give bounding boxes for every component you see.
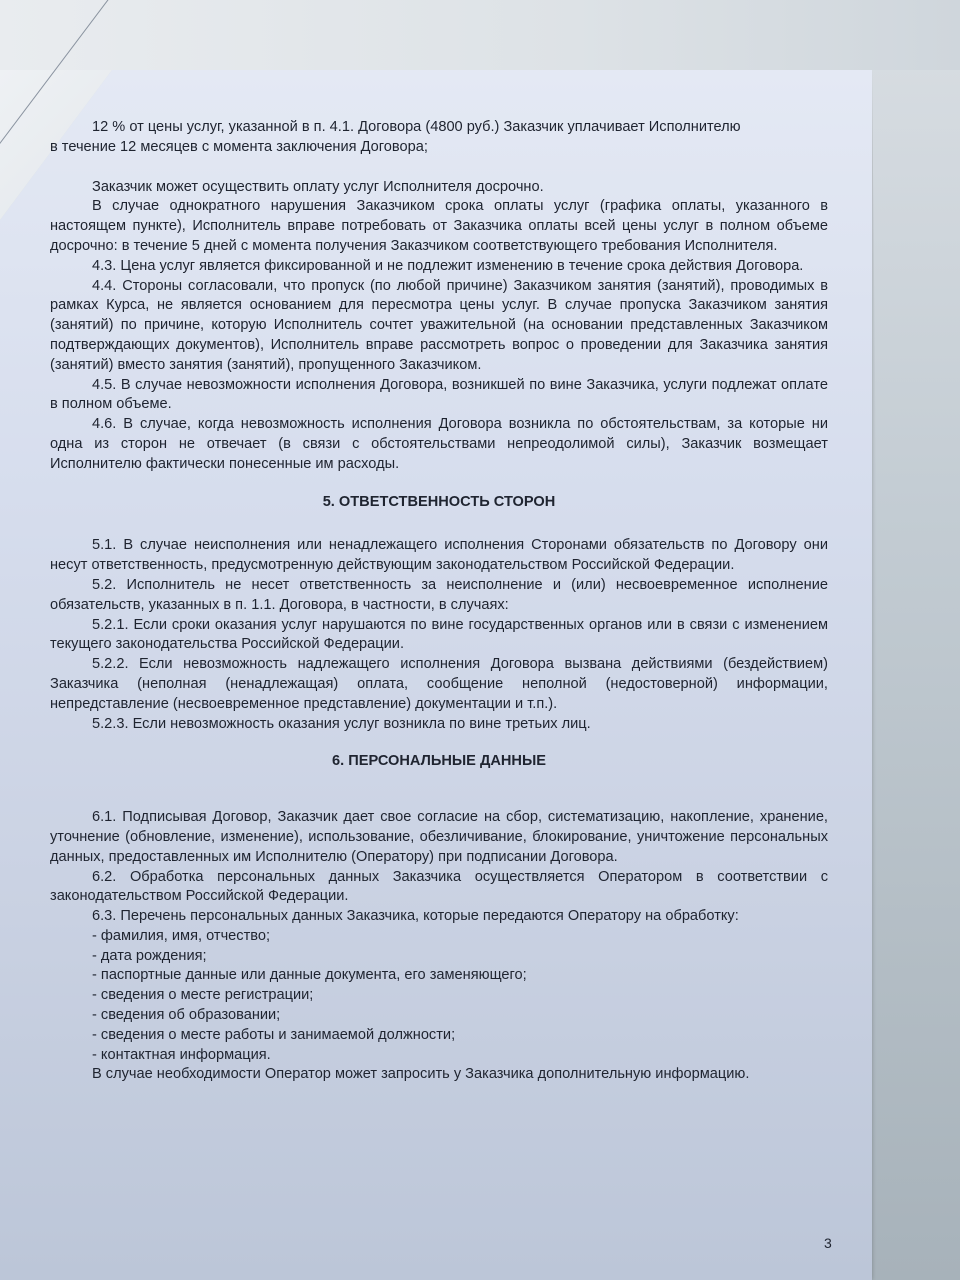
section-6-heading: 6. ПЕРСОНАЛЬНЫЕ ДАННЫЕ [50, 752, 828, 772]
list-item: - сведения о месте работы и занимаемой д… [50, 1026, 828, 1046]
list-item: - контактная информация. [50, 1046, 828, 1066]
list-item: - дата рождения; [50, 947, 828, 967]
clause-6-1: 6.1. Подписывая Договор, Заказчик дает с… [50, 808, 828, 867]
clause-4-3: 4.3. Цена услуг является фиксированной и… [50, 257, 828, 277]
clause-5-2-3: 5.2.3. Если невозможность оказания услуг… [50, 715, 828, 735]
list-item: - сведения об образовании; [50, 1006, 828, 1026]
list-item: - паспортные данные или данные документа… [50, 966, 828, 986]
clause-5-2-1: 5.2.1. Если сроки оказания услуг нарушаю… [50, 616, 828, 656]
early-payment-paragraph: Заказчик может осуществить оплату услуг … [50, 178, 828, 198]
section-5-heading: 5. ОТВЕТСТВЕННОСТЬ СТОРОН [50, 493, 828, 513]
page-number: 3 [824, 1235, 832, 1251]
background-sheet [0, 0, 960, 70]
clause-4-5: 4.5. В случае невозможности исполнения Д… [50, 376, 828, 416]
document-text: 12 % от цены услуг, указанной в п. 4.1. … [50, 118, 828, 1085]
intro-line-2: в течение 12 месяцев с момента заключени… [50, 138, 828, 158]
clause-5-2: 5.2. Исполнитель не несет ответственност… [50, 576, 828, 616]
clause-6-3: 6.3. Перечень персональных данных Заказч… [50, 907, 828, 927]
closing-paragraph: В случае необходимости Оператор может за… [50, 1065, 828, 1085]
clause-6-2: 6.2. Обработка персональных данных Заказ… [50, 868, 828, 908]
list-item: - сведения о месте регистрации; [50, 986, 828, 1006]
violation-paragraph: В случае однократного нарушения Заказчик… [50, 197, 828, 256]
list-item: - фамилия, имя, отчество; [50, 927, 828, 947]
clause-5-2-2: 5.2.2. Если невозможность надлежащего ис… [50, 655, 828, 714]
clause-5-1: 5.1. В случае неисполнения или ненадлежа… [50, 536, 828, 576]
clause-4-6: 4.6. В случае, когда невозможность испол… [50, 415, 828, 474]
intro-line-1: 12 % от цены услуг, указанной в п. 4.1. … [50, 118, 828, 138]
clause-4-4: 4.4. Стороны согласовали, что пропуск (п… [50, 277, 828, 376]
